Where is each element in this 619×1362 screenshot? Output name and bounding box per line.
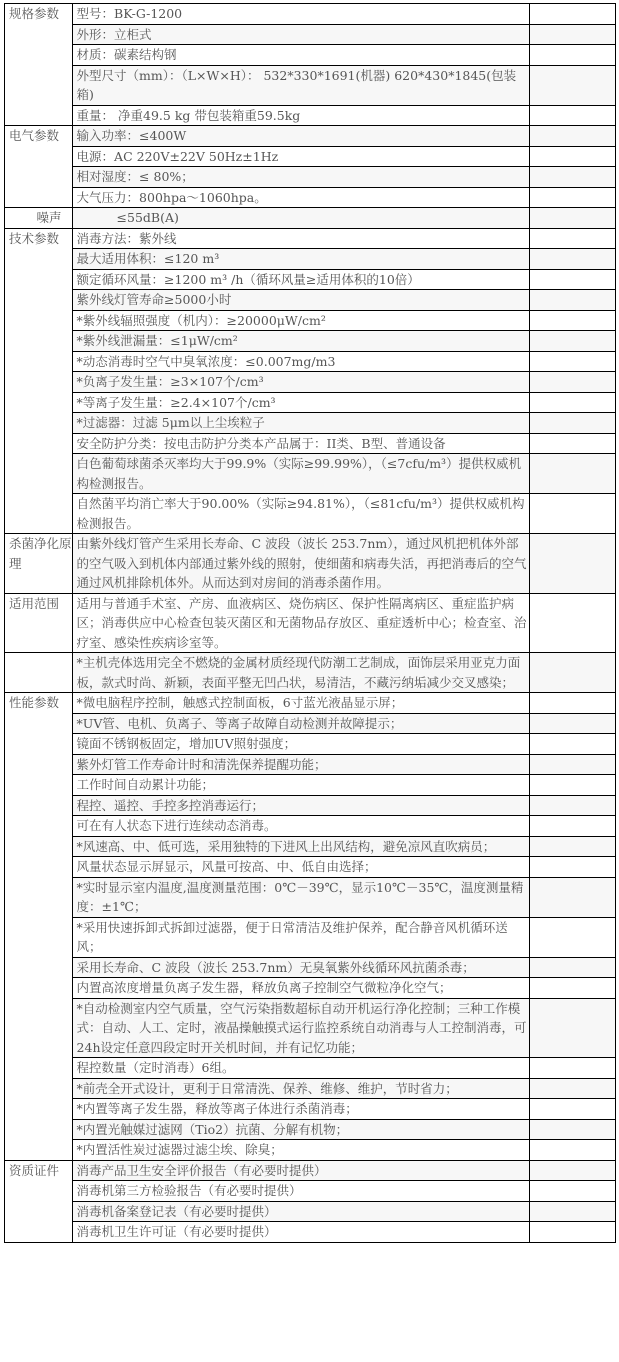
empty-cell [530,998,616,1058]
tech-airflow: 额定循环风量：≥1200 m³ /h（循环风量≥适用体积的10倍） [72,269,529,290]
table-row: 外形：立柜式 [5,24,616,45]
empty-cell [530,4,616,25]
table-row: *内置活性炭过滤器过滤尘埃、除臭； [5,1140,616,1161]
scope-text: 适用与普通手术室、产房、血液病区、烧伤病区、保护性隔离病区、重症监护病区；消毒供… [72,593,529,653]
empty-cell [530,713,616,734]
perf-item: 可在有人状态下进行连续动态消毒。 [72,816,529,837]
electrical-power: 输入功率：≤400W [72,126,529,147]
table-row: *前壳全开式设计，更利于日常清洗、保养、维修、维护，节时省力； [5,1078,616,1099]
section-label-performance: 性能参数 [5,693,73,1161]
perf-item: *实时显示室内温度,温度测量范围：0℃－39℃，显示10℃－35℃，温度测量精度… [72,877,529,917]
empty-cell [530,978,616,999]
empty-cell [530,795,616,816]
empty-cell [530,65,616,105]
table-row: 采用长寿命、C 波段（波长 253.7nm）无臭氧紫外线循环风抗菌杀毒； [5,957,616,978]
table-row: *自动检测室内空气质量，空气污染指数超标自动开机运行净化控制；三种工作模式：自动… [5,998,616,1058]
empty-cell [530,351,616,372]
table-row: *采用快速拆卸式拆卸过滤器，便于日常清洁及维护保养，配合静音风机循环送风； [5,917,616,957]
tech-method: 消毒方法：紫外线 [72,228,529,249]
table-row: 技术参数 消毒方法：紫外线 [5,228,616,249]
table-row: 规格参数 型号：BK-G-1200 [5,4,616,25]
empty-cell [530,1058,616,1079]
table-row: 额定循环风量：≥1200 m³ /h（循环风量≥适用体积的10倍） [5,269,616,290]
spec-dimensions: 外型尺寸（mm）：（L×W×H）： 532*330*1691(机器) 620*4… [72,65,529,105]
perf-item: *内置光触媒过滤网（Tio2）抗菌、分解有机物； [72,1119,529,1140]
table-row: 外型尺寸（mm）：（L×W×H）： 532*330*1691(机器) 620*4… [5,65,616,105]
table-row: 大气压力：800hpa～1060hpa。 [5,187,616,208]
table-row: *UV管、电机、负离子、等离子故障自动检测并故障提示； [5,713,616,734]
tech-leakage: *紫外线泄漏量：≤1μW/cm² [72,331,529,352]
tech-max-volume: 最大适用体积：≤120 m³ [72,249,529,270]
table-row: 工作时间自动累计功能； [5,775,616,796]
empty-cell [530,836,616,857]
tech-filter: *过滤器：过滤 5μm以上尘埃粒子 [72,413,529,434]
empty-cell [530,290,616,311]
empty-cell [530,310,616,331]
principle-text: 由紫外线灯管产生采用长寿命、C 波段（波长 253.7nm），通过风机把机体外部… [72,534,529,594]
cert-item: 消毒机第三方检验报告（有必要时提供） [72,1181,529,1202]
table-row: 电源：AC 220V±22V 50Hz±1Hz [5,146,616,167]
empty-cell [530,24,616,45]
table-row: 紫外线灯管寿命≥5000小时 [5,290,616,311]
perf-item: 内置高浓度增量负离子发生器，释放负离子控制空气微粒净化空气； [72,978,529,999]
table-row: *过滤器：过滤 5μm以上尘埃粒子 [5,413,616,434]
section-label-certificates: 资质证件 [5,1160,73,1242]
empty-cell [530,857,616,878]
electrical-humidity: 相对湿度：≤ 80%； [72,167,529,188]
empty-cell [530,1181,616,1202]
table-row: 程控数量（定时消毒）6组。 [5,1058,616,1079]
empty-cell [530,146,616,167]
perf-item: 工作时间自动累计功能； [72,775,529,796]
perf-item: *微电脑程序控制，触感式控制面板，6寸蓝光液晶显示屏； [72,693,529,714]
table-row: *内置光触媒过滤网（Tio2）抗菌、分解有机物； [5,1119,616,1140]
table-row: *紫外线辐照强度（机内）：≥20000μW/cm² [5,310,616,331]
table-row: *主机壳体选用完全不燃烧的金属材质经现代防潮工艺制成，面饰层采用亚克力面板，款式… [5,653,616,693]
tech-ozone: *动态消毒时空气中臭氧浓度：≤0.007mg/m3 [72,351,529,372]
empty-cell [530,105,616,126]
empty-cell [530,1222,616,1243]
empty-cell [530,208,616,229]
spec-weight: 重量： 净重49.5 kg 带包装箱重59.5kg [72,105,529,126]
electrical-pressure: 大气压力：800hpa～1060hpa。 [72,187,529,208]
perf-item: *自动检测室内空气质量，空气污染指数超标自动开机运行净化控制；三种工作模式：自动… [72,998,529,1058]
empty-cell [530,372,616,393]
perf-item: 程控数量（定时消毒）6组。 [72,1058,529,1079]
table-row: 材质：碳素结构钢 [5,45,616,66]
perf-item: *内置活性炭过滤器过滤尘埃、除臭； [72,1140,529,1161]
empty-cell [530,775,616,796]
section-label-empty [5,653,73,693]
product-spec-table: 规格参数 型号：BK-G-1200 外形：立柜式 材质：碳素结构钢 外型尺寸（m… [4,3,616,1243]
table-row: 可在有人状态下进行连续动态消毒。 [5,816,616,837]
table-row: 噪声 ≤55dB(A) [5,208,616,229]
table-row: *等离子发生量：≥2.4×107个/cm³ [5,392,616,413]
perf-item: 采用长寿命、C 波段（波长 253.7nm）无臭氧紫外线循环风抗菌杀毒； [72,957,529,978]
table-row: *实时显示室内温度,温度测量范围：0℃－39℃，显示10℃－35℃，温度测量精度… [5,877,616,917]
section-label-technical: 技术参数 [5,228,73,534]
table-row: 电气参数 输入功率：≤400W [5,126,616,147]
table-row: 消毒机备案登记表（有必要时提供） [5,1201,616,1222]
table-row: *负离子发生量：≥3×107个/cm³ [5,372,616,393]
empty-cell [530,593,616,653]
table-row: 消毒机第三方检验报告（有必要时提供） [5,1181,616,1202]
empty-cell [530,126,616,147]
empty-cell [530,754,616,775]
empty-cell [530,877,616,917]
empty-cell [530,494,616,534]
table-row: 风量状态显示屏显示，风量可按高、中、低自由选择； [5,857,616,878]
tech-lamp-life: 紫外线灯管寿命≥5000小时 [72,290,529,311]
empty-cell [530,413,616,434]
table-row: 适用范围 适用与普通手术室、产房、血液病区、烧伤病区、保护性隔离病区、重症监护病… [5,593,616,653]
empty-cell [530,1201,616,1222]
table-row: 相对湿度：≤ 80%； [5,167,616,188]
perf-item: 风量状态显示屏显示，风量可按高、中、低自由选择； [72,857,529,878]
table-row: 镜面不锈钢板固定，增加UV照射强度； [5,734,616,755]
table-row: 内置高浓度增量负离子发生器，释放负离子控制空气微粒净化空气； [5,978,616,999]
table-row: *内置等离子发生器，释放等离子体进行杀菌消毒； [5,1099,616,1120]
empty-cell [530,392,616,413]
perf-item: 紫外灯管工作寿命计时和清洗保养提醒功能； [72,754,529,775]
empty-cell [530,1140,616,1161]
section-label-specs: 规格参数 [5,4,73,126]
perf-item: 程控、遥控、手控多控消毒运行； [72,795,529,816]
tech-plasma: *等离子发生量：≥2.4×107个/cm³ [72,392,529,413]
spec-shape: 外形：立柜式 [72,24,529,45]
tech-safety-class: 安全防护分类：按电击防护分类本产品属于：II类、B型、普通设备 [72,433,529,454]
empty-cell [530,693,616,714]
perf-item: *UV管、电机、负离子、等离子故障自动检测并故障提示； [72,713,529,734]
tech-negative-ion: *负离子发生量：≥3×107个/cm³ [72,372,529,393]
spec-model: 型号：BK-G-1200 [72,4,529,25]
spec-table-body: 规格参数 型号：BK-G-1200 外形：立柜式 材质：碳素结构钢 外型尺寸（m… [5,4,616,1243]
empty-cell [530,1099,616,1120]
housing-text: *主机壳体选用完全不燃烧的金属材质经现代防潮工艺制成，面饰层采用亚克力面板，款式… [72,653,529,693]
table-row: 资质证件 消毒产品卫生安全评价报告（有必要时提供） [5,1160,616,1181]
table-row: *紫外线泄漏量：≤1μW/cm² [5,331,616,352]
table-row: 重量： 净重49.5 kg 带包装箱重59.5kg [5,105,616,126]
perf-item: *采用快速拆卸式拆卸过滤器，便于日常清洁及维护保养，配合静音风机循环送风； [72,917,529,957]
cert-item: 消毒机卫生许可证（有必要时提供） [72,1222,529,1243]
table-row: *动态消毒时空气中臭氧浓度：≤0.007mg/m3 [5,351,616,372]
cert-item: 消毒机备案登记表（有必要时提供） [72,1201,529,1222]
empty-cell [530,249,616,270]
empty-cell [530,816,616,837]
tech-irradiance: *紫外线辐照强度（机内）：≥20000μW/cm² [72,310,529,331]
empty-cell [530,167,616,188]
electrical-supply: 电源：AC 220V±22V 50Hz±1Hz [72,146,529,167]
empty-cell [530,1160,616,1181]
empty-cell [530,454,616,494]
section-label-principle: 杀菌净化原理 [5,534,73,594]
empty-cell [530,653,616,693]
perf-item: *内置等离子发生器，释放等离子体进行杀菌消毒； [72,1099,529,1120]
table-row: 紫外灯管工作寿命计时和清洗保养提醒功能； [5,754,616,775]
empty-cell [530,228,616,249]
empty-cell [530,917,616,957]
table-row: 自然菌平均消亡率大于90.00%（实际≥94.81%），（≤81cfu/m³）提… [5,494,616,534]
table-row: 安全防护分类：按电击防护分类本产品属于：II类、B型、普通设备 [5,433,616,454]
table-row: *风速高、中、低可选，采用独特的下进风上出风结构，避免凉风直吹病员； [5,836,616,857]
spec-material: 材质：碳素结构钢 [72,45,529,66]
empty-cell [530,1119,616,1140]
perf-item: *前壳全开式设计，更利于日常清洗、保养、维修、维护，节时省力； [72,1078,529,1099]
cert-item: 消毒产品卫生安全评价报告（有必要时提供） [72,1160,529,1181]
table-row: 程控、遥控、手控多控消毒运行； [5,795,616,816]
empty-cell [530,957,616,978]
table-row: 白色葡萄球菌杀灭率均大于99.9%（实际≥99.99%），（≤7cfu/m³）提… [5,454,616,494]
tech-natural-kill-rate: 自然菌平均消亡率大于90.00%（实际≥94.81%），（≤81cfu/m³）提… [72,494,529,534]
section-label-noise: 噪声 [5,208,73,229]
table-row: 消毒机卫生许可证（有必要时提供） [5,1222,616,1243]
empty-cell [530,734,616,755]
noise-value: ≤55dB(A) [72,208,529,229]
perf-item: 镜面不锈钢板固定，增加UV照射强度； [72,734,529,755]
empty-cell [530,269,616,290]
empty-cell [530,187,616,208]
empty-cell [530,45,616,66]
section-label-electrical: 电气参数 [5,126,73,208]
table-row: 最大适用体积：≤120 m³ [5,249,616,270]
perf-item: *风速高、中、低可选，采用独特的下进风上出风结构，避免凉风直吹病员； [72,836,529,857]
empty-cell [530,433,616,454]
tech-staph-kill-rate: 白色葡萄球菌杀灭率均大于99.9%（实际≥99.99%），（≤7cfu/m³）提… [72,454,529,494]
empty-cell [530,1078,616,1099]
section-label-scope: 适用范围 [5,593,73,653]
table-row: 性能参数 *微电脑程序控制，触感式控制面板，6寸蓝光液晶显示屏； [5,693,616,714]
empty-cell [530,534,616,594]
empty-cell [530,331,616,352]
table-row: 杀菌净化原理 由紫外线灯管产生采用长寿命、C 波段（波长 253.7nm），通过… [5,534,616,594]
